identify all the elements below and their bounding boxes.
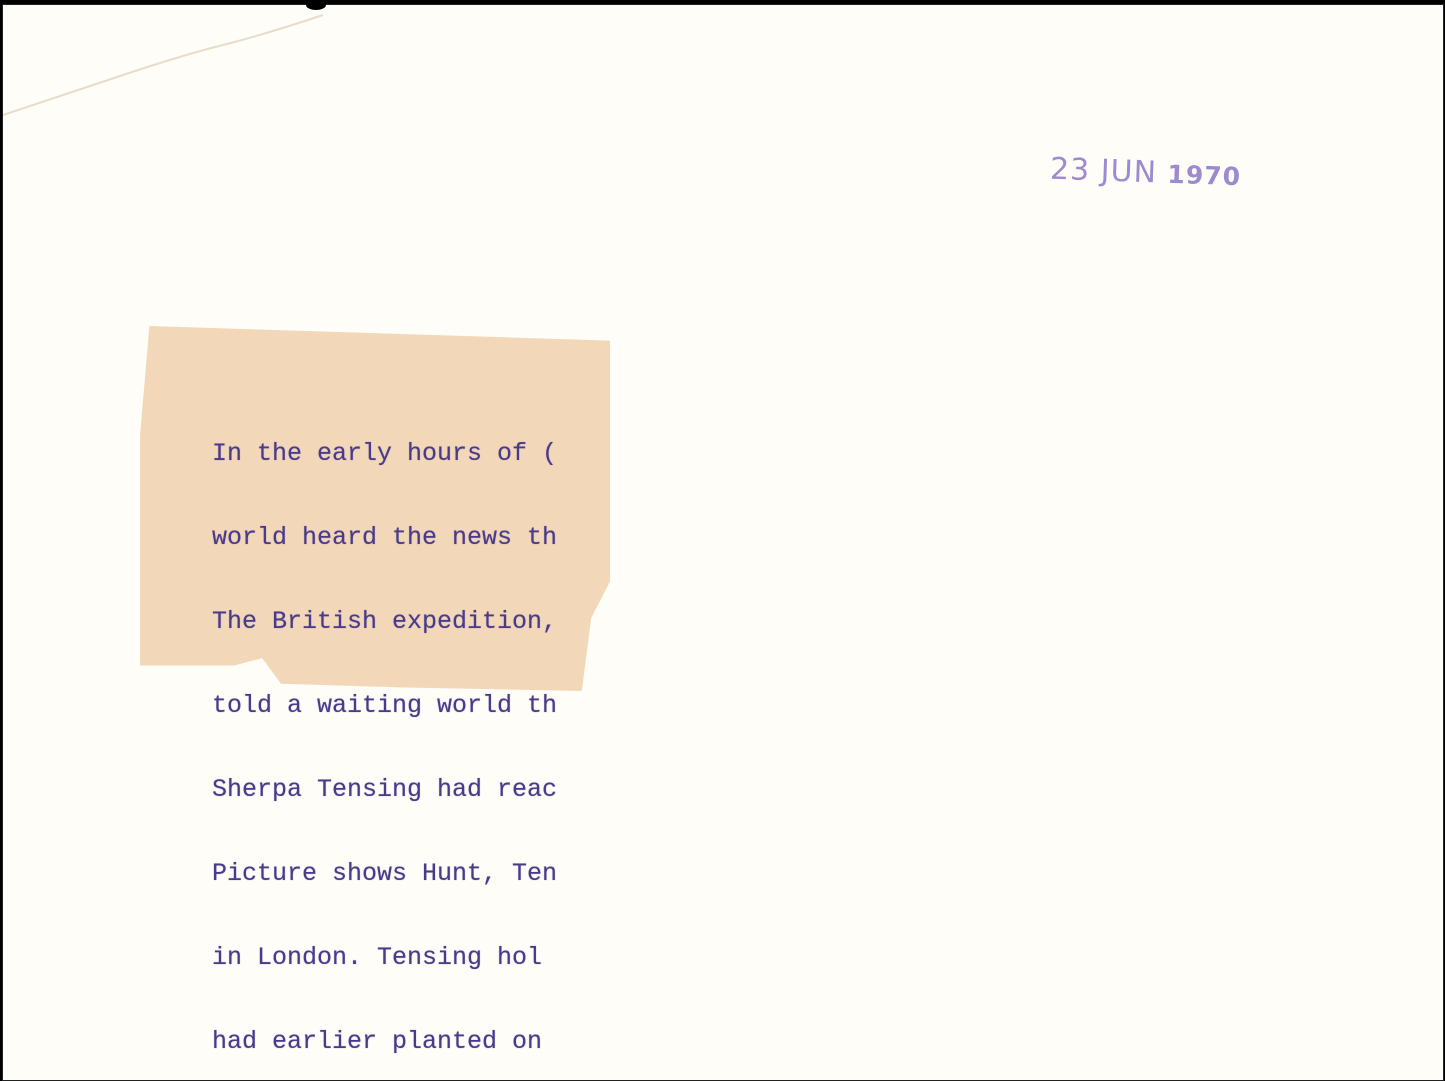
stamp-month: JUN: [1100, 153, 1157, 190]
edge-tear: [306, 0, 326, 10]
stamp-year: 1970: [1167, 160, 1242, 192]
caption-line: had earlier planted on: [212, 1028, 612, 1056]
caption-line: in London. Tensing hol: [212, 944, 612, 972]
caption-line: world heard the news th: [212, 524, 612, 552]
stamp-day: 23: [1049, 152, 1090, 188]
paper-crease: [3, 5, 343, 125]
date-stamp: 23 JUN 1970: [1049, 152, 1241, 194]
caption-text: In the early hours of ( world heard the …: [212, 384, 612, 1081]
caption-line: told a waiting world th: [212, 692, 612, 720]
caption-line: The British expedition,: [212, 608, 612, 636]
caption-line: Picture shows Hunt, Ten: [212, 860, 612, 888]
caption-line: In the early hours of (: [212, 440, 612, 468]
caption-line: Sherpa Tensing had reac: [212, 776, 612, 804]
